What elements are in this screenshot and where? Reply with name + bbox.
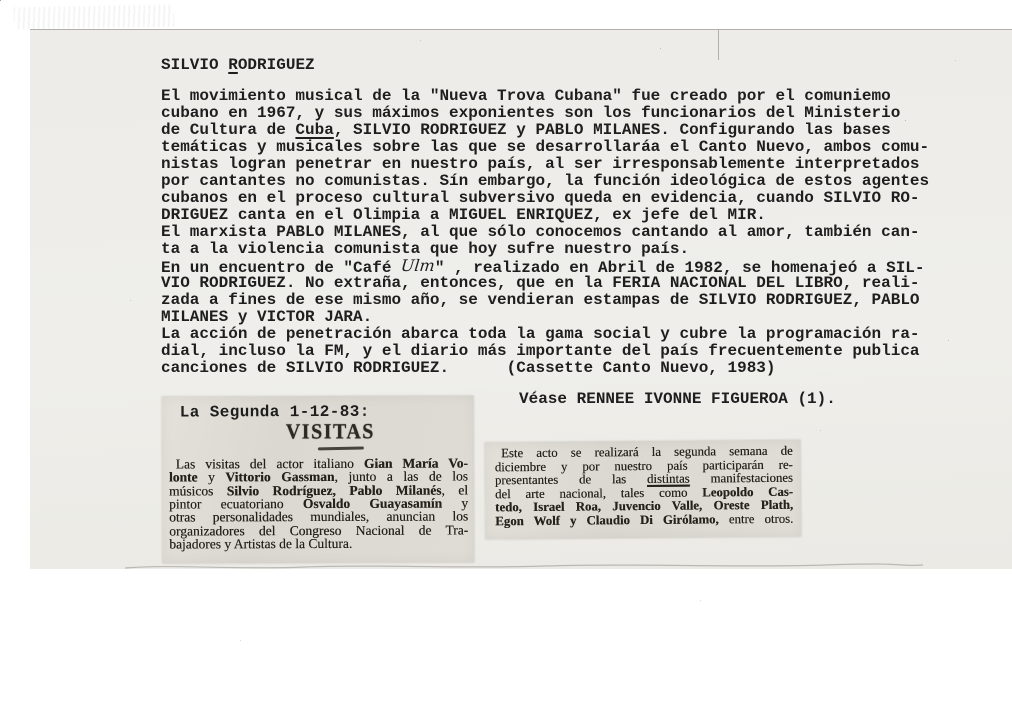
text-segment: El marxista PABLO MILANES, al que sólo c…: [161, 223, 920, 241]
typed-line: canciones de SILVIO RODRIGUEZ. (Cassette…: [161, 360, 929, 377]
text-segment: , SILVIO RODRIGUEZ y PABLO MILANES. Conf…: [334, 121, 891, 139]
underlined-text: R: [228, 56, 238, 74]
bold-text: Leopoldo Cas-: [702, 484, 793, 499]
text-segment: por cantantes no comunistas. Sín embargo…: [161, 172, 929, 190]
text-segment: cubanos en el proceso cultural subversiv…: [161, 189, 920, 207]
text-segment: bajadores y Artistas de la Cultura.: [169, 536, 352, 552]
text-segment: ODRIGUEZ: [238, 56, 315, 74]
text-segment: nistas logran penetrar en nuestro país, …: [161, 155, 920, 173]
typed-line: DRIGUEZ canta en el Olimpia a MIGUEL ENR…: [161, 207, 929, 224]
smudge-mark: [14, 5, 174, 30]
text-segment: cubano en 1967, y sus máximos exponiente…: [161, 104, 900, 122]
text-segment: VIO RODRIGUEZ. No extraña, entonces, que…: [161, 274, 920, 292]
left-clipping-body: Las visitas del actor italiano Gian Marí…: [169, 456, 468, 550]
typed-line: VIO RODRIGUEZ. No extraña, entonces, que…: [161, 275, 929, 292]
typed-line: El movimiento musical de la "Nueva Trova…: [161, 88, 929, 105]
news-line: Egon Wolf y Claudio Di Girólamo, entre o…: [495, 512, 793, 528]
typed-line: dial, incluso la FM, y el diario más imp…: [161, 343, 929, 360]
text-segment: de Cultura de: [161, 121, 295, 139]
paper-top-edge: [30, 29, 1012, 30]
typed-line: nistas logran penetrar en nuestro país, …: [161, 156, 929, 173]
text-segment: dial, incluso la FM, y el diario más imp…: [161, 342, 920, 360]
typed-line: por cantantes no comunistas. Sín embargo…: [161, 173, 929, 190]
typed-line: temáticas y musicales sobre las que se d…: [161, 139, 929, 156]
typed-line: ta a la violencia comunista que hoy sufr…: [161, 241, 929, 258]
text-segment: DRIGUEZ canta en el Olimpia a MIGUEL ENR…: [161, 206, 766, 224]
text-segment: MILANES y VICTOR JARA.: [161, 308, 372, 326]
headline-underline: [318, 446, 364, 450]
news-line: bajadores y Artistas de la Cultura.: [169, 537, 468, 551]
fold-mark: [718, 30, 719, 60]
right-clipping: Este acto se realizará la segunda semana…: [485, 440, 802, 540]
clipping-headline: VISITAS: [286, 420, 375, 445]
text-segment: temáticas y musicales sobre las que se d…: [161, 138, 929, 156]
text-segment: SILVIO: [161, 56, 228, 74]
text-segment: El movimiento musical de la "Nueva Trova…: [161, 87, 891, 105]
text-segment: canciones de SILVIO RODRIGUEZ. (Cassette…: [161, 359, 776, 377]
typed-line: La acción de penetración abarca toda la …: [161, 326, 929, 343]
scan-speckles: [0, 0, 1, 1]
typed-line: zada a fines de ese mismo año, se vendie…: [161, 292, 929, 309]
typed-line: MILANES y VICTOR JARA.: [161, 309, 929, 326]
underlined-text: distintas: [647, 472, 690, 486]
bold-text: Egon Wolf y Claudio Di Girólamo,: [495, 512, 719, 528]
document-title: SILVIO RODRIGUEZ: [161, 56, 315, 74]
typed-body: El movimiento musical de la "Nueva Trova…: [161, 88, 929, 377]
see-also-note: Véase RENNEE IVONNE FIGUEROA (1).: [519, 390, 836, 408]
typed-line: El marxista PABLO MILANES, al que sólo c…: [161, 224, 929, 241]
typed-line: cubano en 1967, y sus máximos exponiente…: [161, 105, 929, 122]
scanned-page: SILVIO RODRIGUEZ El movimiento musical d…: [0, 0, 1012, 717]
clipping-source-date: La Segunda 1-12-83:: [180, 403, 370, 422]
typed-line: En un encuentro de "Café Ulm" , realizad…: [161, 258, 929, 275]
left-clipping: La Segunda 1-12-83: VISITAS Las visitas …: [162, 395, 475, 563]
typed-line: de Cultura de Cuba, SILVIO RODRIGUEZ y P…: [161, 122, 929, 139]
underlined-text: Cuba: [295, 121, 333, 139]
typed-line: cubanos en el proceso cultural subversiv…: [161, 190, 929, 207]
text-segment: La acción de penetración abarca toda la …: [161, 325, 920, 343]
paper-bottom-edge: [125, 559, 925, 573]
text-segment: zada a fines de ese mismo año, se vendie…: [161, 291, 920, 309]
right-clipping-body: Este acto se realizará la segunda semana…: [495, 445, 794, 529]
text-segment: entre otros.: [719, 511, 794, 526]
handwritten-word: Ulm: [400, 257, 436, 274]
